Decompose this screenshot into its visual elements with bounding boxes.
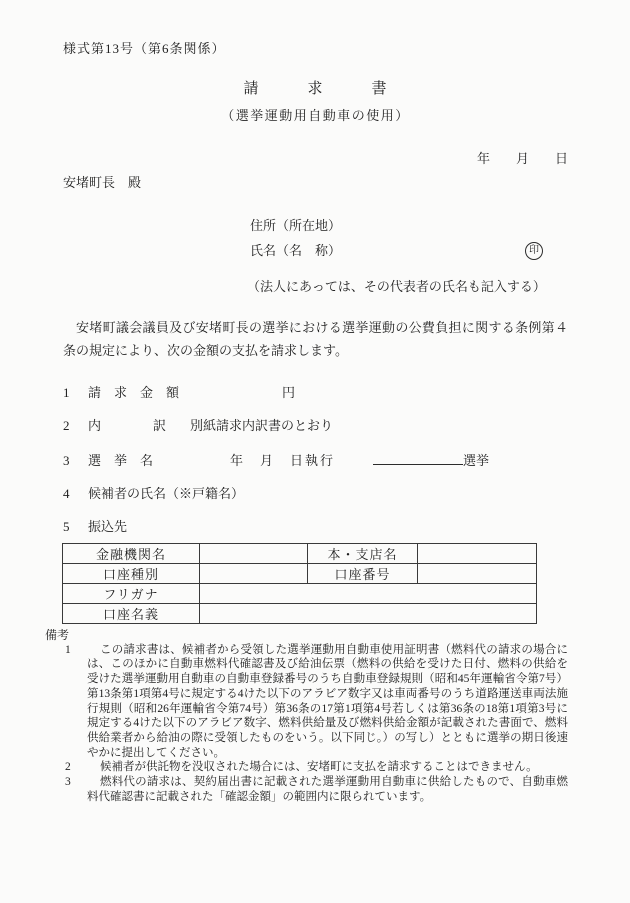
item-election-name: 3選 挙 名年 月 日執行選挙 <box>63 452 568 467</box>
remark-text: 燃料代の請求は、契約届出書に記載された選挙運動用自動車に供給したもので、自動車燃… <box>87 776 568 803</box>
account-number-label: 口座番号 <box>308 564 418 584</box>
remark-item-1: 1この請求書は、候補者から受領した選挙運動用自動車使用証明書（燃料代の請求の場合… <box>45 643 568 761</box>
invoice-form-page: 様式第13号（第6条関係） 請 求 書 （選挙運動用自動車の使用） 年 月 日 … <box>0 0 630 903</box>
addressee: 安堵町長 殿 <box>63 172 568 191</box>
item-number: 5 <box>63 520 88 533</box>
form-number: 様式第13号（第6条関係） <box>63 38 568 57</box>
date-line: 年 月 日 <box>63 148 568 167</box>
name-row: 氏名（名 称） 印 <box>250 238 568 263</box>
transfer-destination-label: 振込先 <box>88 519 127 534</box>
table-row: 口座種別 口座番号 <box>63 564 537 584</box>
item-number: 2 <box>63 419 88 432</box>
address-label: 住所（所在地） <box>250 213 568 238</box>
breakdown-value: 別紙請求内訳書のとおり <box>190 418 333 433</box>
corporate-note: （法人にあっては、その代表者の氏名も記入する） <box>247 276 568 295</box>
claim-amount-label: 請 求 金 額 <box>88 385 179 400</box>
yen-unit: 円 <box>282 385 295 400</box>
name-label: 氏名（名 称） <box>250 238 341 263</box>
account-holder-value <box>200 604 537 624</box>
remarks-heading: 備考 <box>45 628 568 643</box>
body-paragraph: 安堵町議会議員及び安堵町長の選挙における選挙運動の公費負担に関する条例第４条の規… <box>63 316 568 362</box>
remark-text: 候補者が供託物を没収された場合には、安堵町に支払を請求することはできません。 <box>100 761 538 773</box>
remark-item-3: 3燃料代の請求は、契約届出書に記載された選挙運動用自動車に供給したもので、自動車… <box>45 775 568 804</box>
election-name-label: 選 挙 名 <box>88 453 153 468</box>
table-row: 口座名義 <box>63 604 537 624</box>
election-suffix: 選挙 <box>463 453 489 468</box>
item-number: 1 <box>63 386 88 399</box>
account-number-value <box>418 564 537 584</box>
remark-item-2: 2候補者が供託物を没収された場合には、安堵町に支払を請求することはできません。 <box>45 760 568 775</box>
item-number: 3 <box>63 454 88 467</box>
furigana-label: フリガナ <box>63 584 200 604</box>
election-name-blank <box>373 452 463 465</box>
item-transfer-destination: 5振込先 <box>63 520 568 533</box>
remark-text: この請求書は、候補者から受領した選挙運動用自動車使用証明書（燃料代の請求の場合に… <box>87 644 568 759</box>
item-breakdown: 2内 訳別紙請求内訳書のとおり <box>63 419 568 432</box>
page-title: 請 求 書 <box>63 77 568 98</box>
election-date-text: 年 月 日執行 <box>230 453 335 468</box>
applicant-block: 住所（所在地） 氏名（名 称） 印 <box>250 213 568 263</box>
bank-name-value <box>200 544 308 564</box>
candidate-name-label: 候補者の氏名（※戸籍名） <box>88 486 244 501</box>
remarks-section: 備考 1この請求書は、候補者から受領した選挙運動用自動車使用証明書（燃料代の請求… <box>45 628 568 804</box>
table-row: フリガナ <box>63 584 537 604</box>
remark-number: 2 <box>65 760 71 775</box>
table-row: 金融機関名 本・支店名 <box>63 544 537 564</box>
furigana-value <box>200 584 537 604</box>
branch-name-label: 本・支店名 <box>308 544 418 564</box>
account-type-value <box>200 564 308 584</box>
bank-transfer-table: 金融機関名 本・支店名 口座種別 口座番号 フリガナ 口座名義 <box>62 543 537 624</box>
item-claim-amount: 1請 求 金 額円 <box>63 386 568 399</box>
remark-number: 3 <box>65 775 71 790</box>
item-number: 4 <box>63 487 88 500</box>
seal-icon: 印 <box>525 242 543 260</box>
page-subtitle: （選挙運動用自動車の使用） <box>63 105 568 124</box>
item-candidate-name: 4候補者の氏名（※戸籍名） <box>63 487 568 500</box>
account-holder-label: 口座名義 <box>63 604 200 624</box>
account-type-label: 口座種別 <box>63 564 200 584</box>
breakdown-label: 内 訳 <box>88 418 166 433</box>
bank-name-label: 金融機関名 <box>63 544 200 564</box>
remark-number: 1 <box>65 643 71 658</box>
branch-name-value <box>418 544 537 564</box>
